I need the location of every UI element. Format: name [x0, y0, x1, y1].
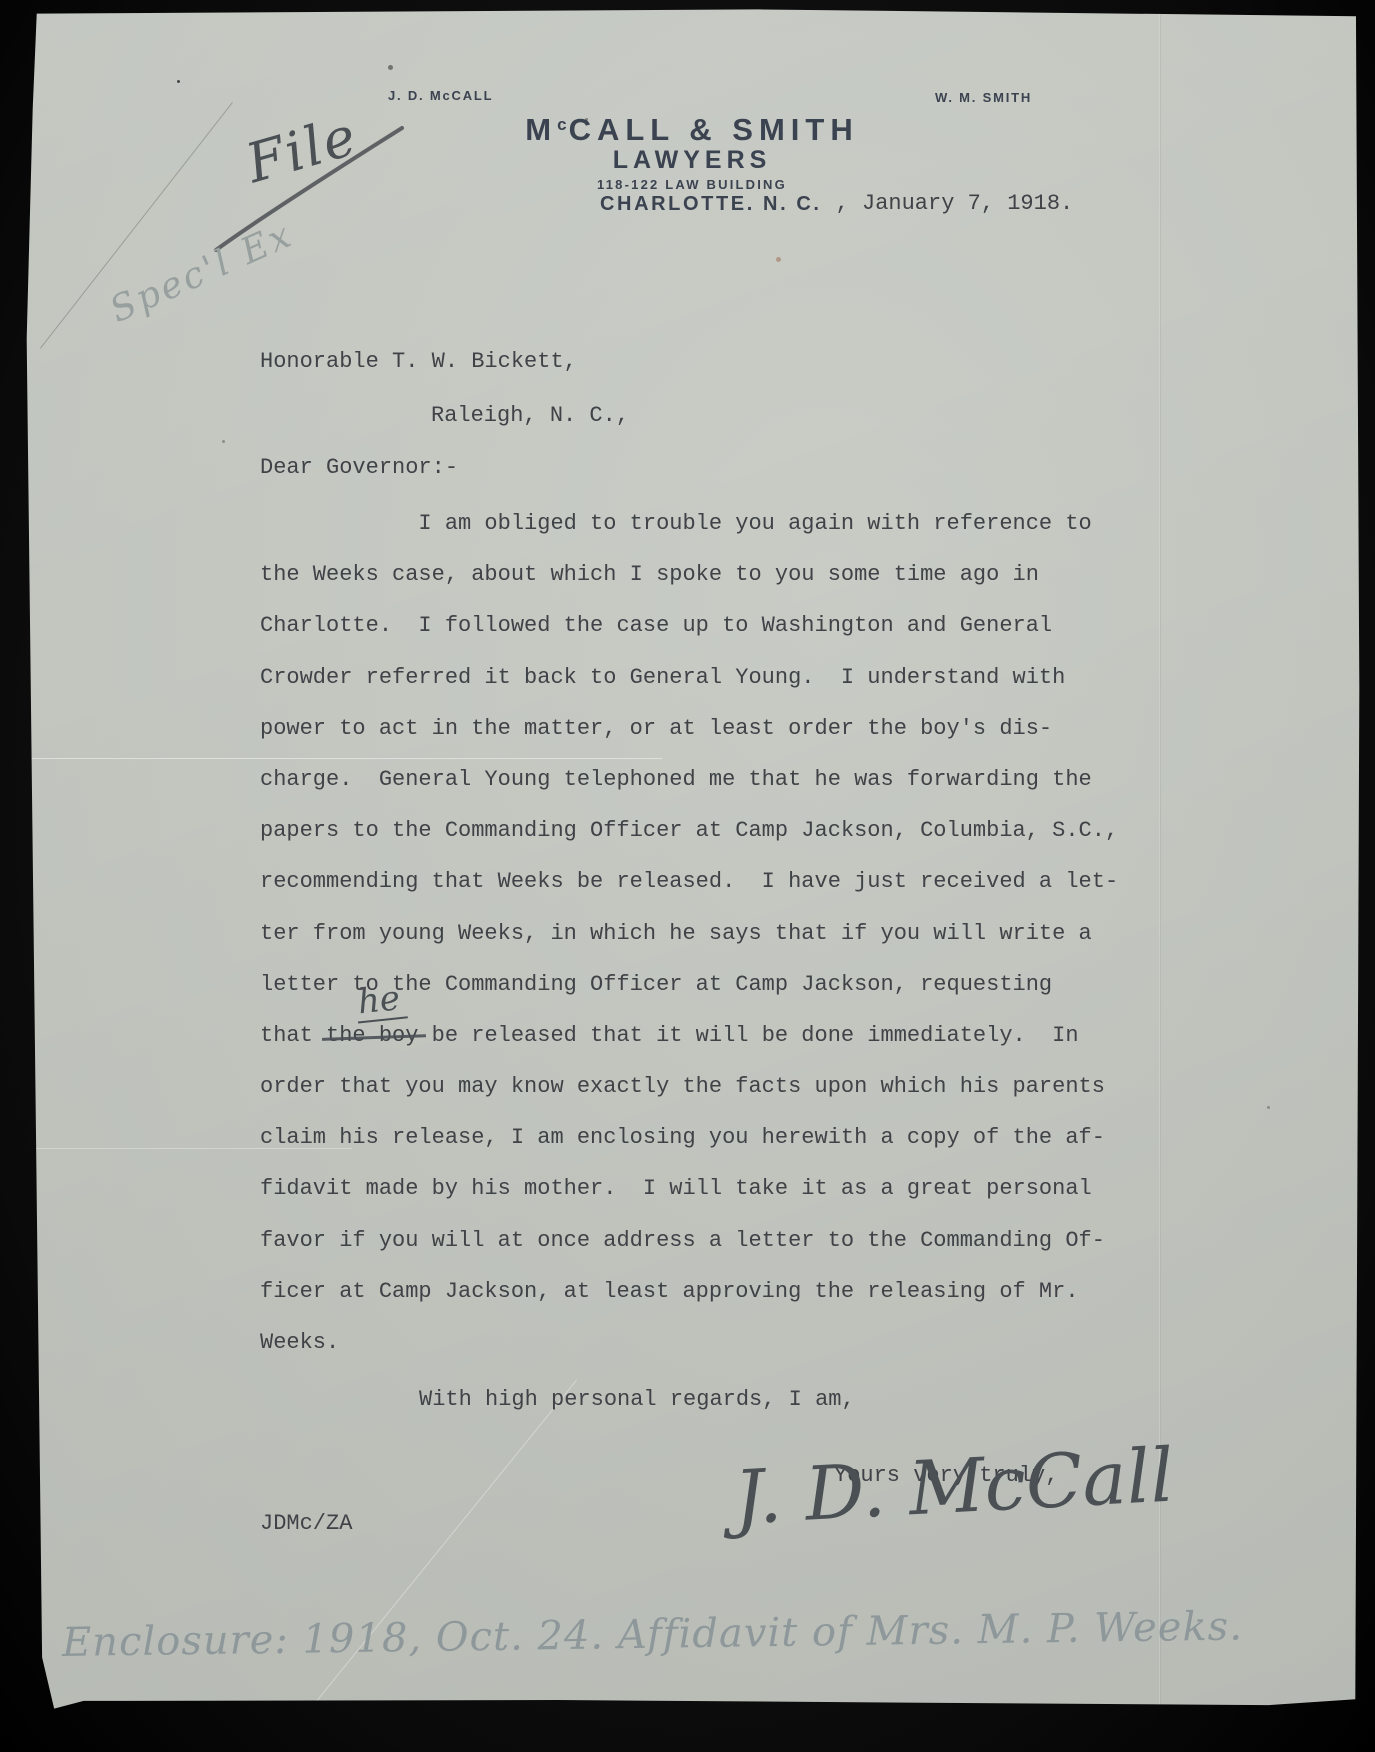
- letter-body: I am obliged to trouble you again with r…: [260, 498, 1220, 1368]
- city-date-line: CHARLOTTE. N. C., January 7, 1918.: [600, 192, 1073, 217]
- body-lines-top: I am obliged to trouble you again with r…: [260, 498, 1220, 1010]
- typed-line: power to act in the matter, or at least …: [260, 703, 1220, 754]
- letterhead-partner-left: J. D. McCALL: [388, 88, 493, 103]
- typed-line: papers to the Commanding Officer at Camp…: [260, 805, 1220, 856]
- typed-line-with-correction: that the boyhe be released that it will …: [260, 1010, 1220, 1061]
- recipient-line: Raleigh, N. C.,: [431, 390, 629, 441]
- struck-out-text: the boy: [326, 1023, 418, 1048]
- typist-reference: JDMc/ZA: [260, 1498, 352, 1549]
- typed-line: Crowder referred it back to General Youn…: [260, 652, 1220, 703]
- enclosure-annotation: Enclosure: 1918, Oct. 24. Affidavit of M…: [62, 1604, 1203, 1666]
- pencil-annotation: Spec'l Ex: [104, 214, 299, 331]
- closing-regards-line: With high personal regards, I am,: [419, 1374, 855, 1425]
- correction-post: be released that it will be done immedia…: [418, 1023, 1078, 1048]
- typed-line: fidavit made by his mother. I will take …: [260, 1163, 1220, 1214]
- handwritten-insertion: he: [354, 980, 408, 1023]
- firm-name-rest: CALL & SMITH: [569, 112, 859, 147]
- typed-date: , January 7, 1918.: [836, 191, 1074, 216]
- typed-line: charge. General Young telephoned me that…: [260, 754, 1220, 805]
- typed-line: Weeks.: [260, 1317, 1220, 1368]
- letter-page: J. D. McCALL W. M. SMITH McCALL & SMITH …: [22, 6, 1362, 1712]
- typed-line: I am obliged to trouble you again with r…: [260, 498, 1220, 549]
- recipient-line: Honorable T. W. Bickett,: [260, 336, 577, 387]
- firm-city: CHARLOTTE. N. C.: [600, 193, 822, 215]
- typed-line: favor if you will at once address a lett…: [260, 1215, 1220, 1266]
- firm-name-initial: M: [525, 112, 557, 147]
- letterhead-partner-right: W. M. SMITH: [935, 90, 1032, 105]
- body-lines-bottom: order that you may know exactly the fact…: [260, 1061, 1220, 1368]
- correction-pre: that: [260, 1023, 326, 1048]
- typed-line: claim his release, I am enclosing you he…: [260, 1112, 1220, 1163]
- scan-background: J. D. McCALL W. M. SMITH McCALL & SMITH …: [0, 0, 1375, 1752]
- salutation-line: Dear Governor:-: [260, 442, 458, 493]
- typed-line: Charlotte. I followed the case up to Was…: [260, 600, 1220, 651]
- paper-specks: [177, 80, 180, 83]
- typed-line: order that you may know exactly the fact…: [260, 1061, 1220, 1112]
- typed-line: the Weeks case, about which I spoke to y…: [260, 549, 1220, 600]
- typed-line: recommending that Weeks be released. I h…: [260, 856, 1220, 907]
- signature: J. D. McCall: [732, 1433, 1176, 1542]
- firm-name-superscript: c: [557, 115, 568, 134]
- typed-line: ter from young Weeks, in which he says t…: [260, 908, 1220, 959]
- typed-line: ficer at Camp Jackson, at least approvin…: [260, 1266, 1220, 1317]
